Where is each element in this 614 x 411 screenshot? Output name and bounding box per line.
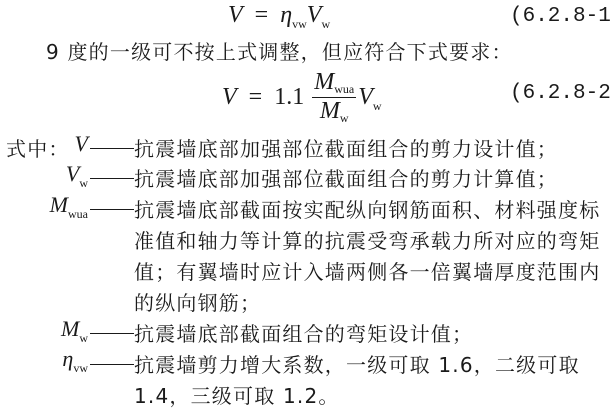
definition-Mwua: 抗震墙底部截面按实配纵向钢筋面积、材料强度标 (88, 194, 600, 223)
em-dash (90, 364, 134, 365)
definition-eta-vw-line2: 1.4，三级可取 1.2。 (134, 380, 340, 409)
paragraph-text: 9 度的一级可不按上式调整，但应符合下式要求： (46, 36, 513, 65)
equals-sign: = (249, 2, 275, 28)
definition-Mwua-line2: 准值和轴力等计算的抗震受弯承载力所对应的弯矩 (134, 225, 600, 254)
eq1-eta: η (280, 2, 292, 28)
def-symbol-Vw: Vw (0, 161, 88, 187)
eq1-var-sub: w (321, 17, 330, 31)
em-dash (90, 148, 134, 149)
equals-sign: = (243, 84, 269, 110)
def-symbol-Mwua: Mwua (0, 192, 88, 218)
eq2-lhs: V (222, 84, 237, 110)
equation-6-2-8-2: V = 1.1 Mwua Mw Vw (222, 70, 382, 127)
fraction-denominator: Mw (312, 98, 356, 127)
definition-Mwua-line3: 值；有翼墙时应计入墙两侧各一倍翼墙厚度范围内 (134, 256, 600, 285)
definition-V: 抗震墙底部加强部位截面组合的剪力设计值； (88, 133, 558, 162)
def-symbol-Mw: Mw (0, 316, 88, 342)
em-dash (90, 178, 134, 179)
em-dash (90, 333, 134, 334)
definition-eta-vw: 抗震墙剪力增大系数，一级可取 1.6，二级可取 (88, 349, 580, 378)
definition-Mw: 抗震墙底部截面组合的弯矩设计值； (88, 318, 473, 347)
definition-Mwua-line4: 的纵向钢筋； (134, 287, 261, 316)
fraction-numerator: Mwua (312, 70, 356, 98)
em-dash (90, 209, 134, 210)
eq1-lhs: V (228, 2, 243, 28)
eq1-eta-sub: vw (292, 17, 307, 31)
eq1-var: V (307, 2, 322, 28)
equation-number-2: (6.2.8-2) (510, 82, 614, 105)
equation-6-2-8-1: V = ηvwVw (228, 2, 330, 29)
eq2-coefficient: 1.1 (274, 84, 304, 110)
eq2-var: V (358, 84, 373, 110)
eq2-var-sub: w (373, 99, 382, 113)
def-symbol-eta-vw: ηvw (0, 346, 88, 372)
definition-Vw: 抗震墙底部加强部位截面组合的剪力计算值； (88, 163, 558, 192)
fraction: Mwua Mw (312, 70, 356, 127)
def-symbol-V: V (0, 131, 88, 157)
equation-number-1: (6.2.8-1) (510, 5, 614, 28)
